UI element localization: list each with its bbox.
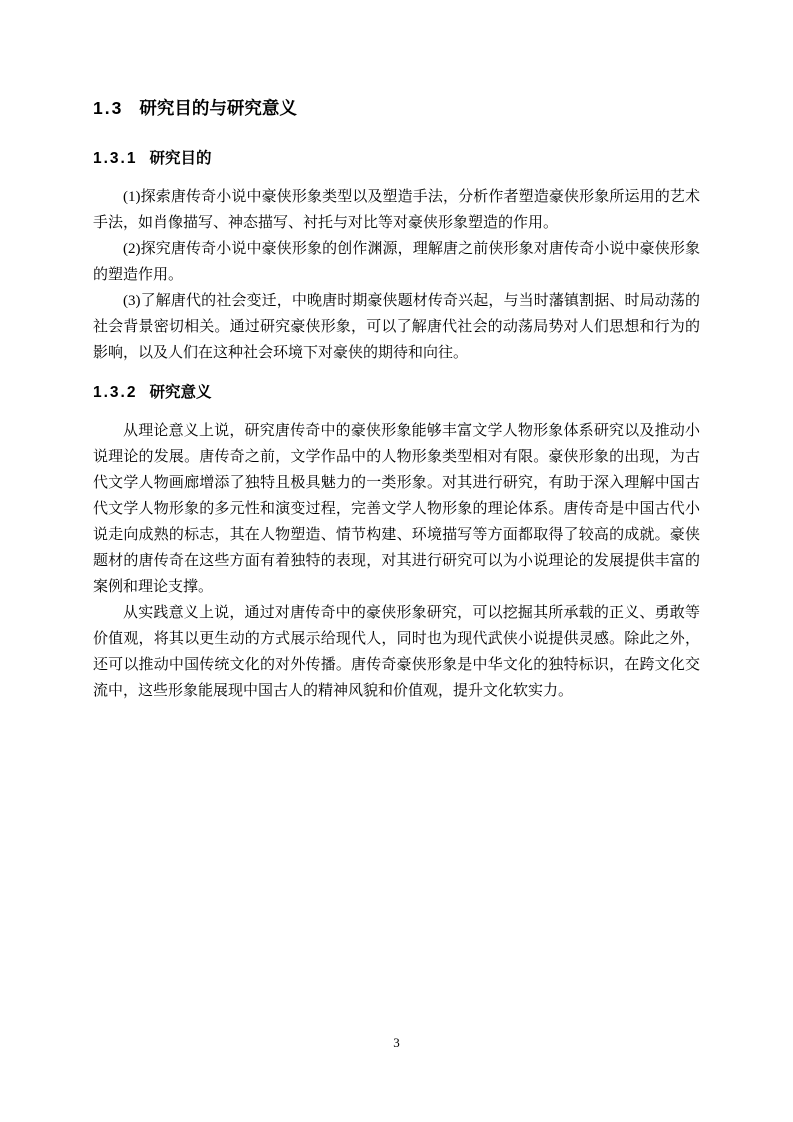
paragraph-research-aim-1: (1)探索唐传奇小说中豪侠形象类型以及塑造手法，分析作者塑造豪侠形象所运用的艺术… [93,184,700,236]
section-number: 1.3 [93,96,123,120]
paragraph-research-aim-3: (3)了解唐代的社会变迁，中晚唐时期豪侠题材传奇兴起，与当时藩镇割据、时局动荡的… [93,288,700,366]
paragraph-significance-theoretical: 从理论意义上说，研究唐传奇中的豪侠形象能够丰富文学人物形象体系研究以及推动小说理… [93,418,700,600]
subsection-heading-1: 1.3.1研究目的 [93,148,700,170]
subsection-1-title: 研究目的 [149,150,211,167]
document-page: 1.3研究目的与研究意义 1.3.1研究目的 (1)探索唐传奇小说中豪侠形象类型… [0,0,793,1122]
subsection-heading-2: 1.3.2研究意义 [93,382,700,404]
subsection-1-number: 1.3.1 [93,148,137,170]
paragraph-research-aim-2: (2)探究唐传奇小说中豪侠形象的创作渊源，理解唐之前侠形象对唐传奇小说中豪侠形象… [93,236,700,288]
page-number: 3 [393,1035,400,1050]
page-footer: 3 [0,1034,793,1052]
subsection-2-number: 1.3.2 [93,382,137,404]
section-title: 研究目的与研究意义 [139,98,297,118]
paragraph-significance-practical: 从实践意义上说，通过对唐传奇中的豪侠形象研究，可以挖掘其所承载的正义、勇敢等价值… [93,600,700,704]
subsection-2-title: 研究意义 [149,384,211,401]
section-heading: 1.3研究目的与研究意义 [93,96,700,120]
